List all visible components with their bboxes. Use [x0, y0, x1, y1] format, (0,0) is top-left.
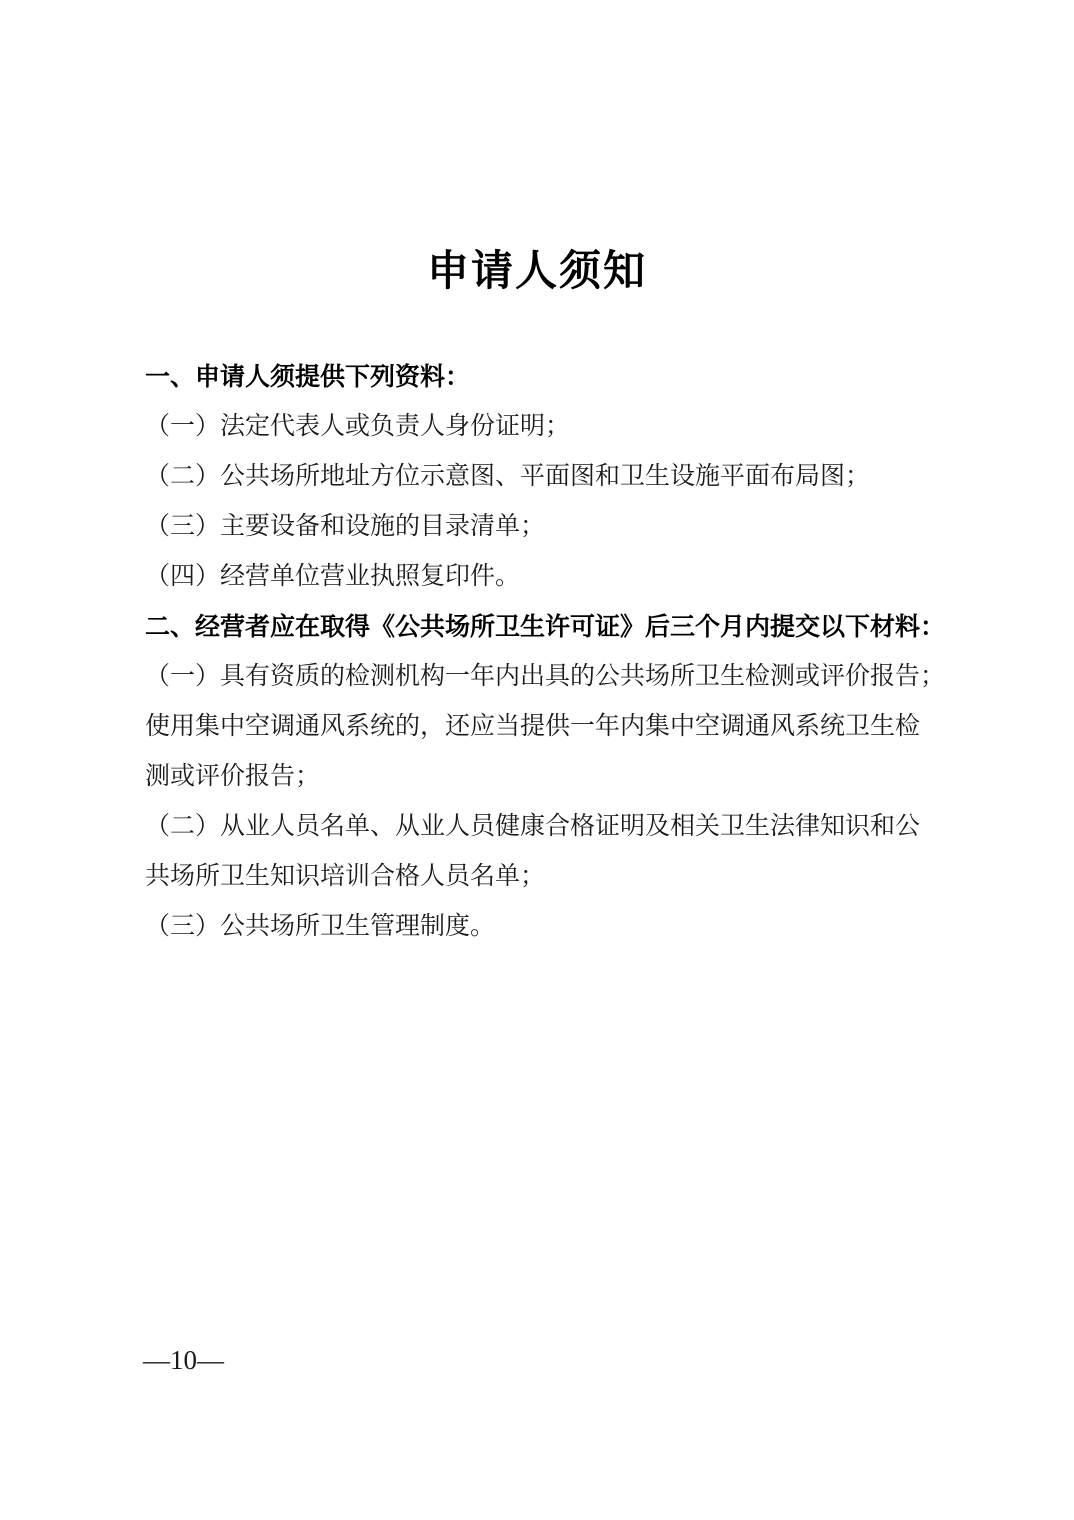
section-2-item-2: （二）从业人员名单、从业人员健康合格证明及相关卫生法律知识和公	[145, 802, 945, 852]
section-2-item-3: （三）公共场所卫生管理制度。	[145, 902, 945, 952]
section-2-item-2-cont: 共场所卫生知识培训合格人员名单；	[145, 852, 945, 902]
section-1-item-2: （二）公共场所地址方位示意图、平面图和卫生设施平面布局图；	[145, 452, 945, 502]
section-1-item-3: （三）主要设备和设施的目录清单；	[145, 502, 945, 552]
document-page: 申请人须知 一、申请人须提供下列资料： （一）法定代表人或负责人身份证明； （二…	[0, 0, 1074, 1520]
section-2-item-1-cont2: 测或评价报告；	[145, 752, 945, 802]
page-title: 申请人须知	[0, 238, 1074, 298]
section-1-item-1: （一）法定代表人或负责人身份证明；	[145, 402, 945, 452]
document-body: 一、申请人须提供下列资料： （一）法定代表人或负责人身份证明； （二）公共场所地…	[145, 352, 945, 952]
section-1-heading: 一、申请人须提供下列资料：	[145, 352, 945, 402]
section-1-item-4: （四）经营单位营业执照复印件。	[145, 552, 945, 602]
section-2-item-1: （一）具有资质的检测机构一年内出具的公共场所卫生检测或评价报告；	[145, 652, 945, 702]
page-number: —10—	[143, 1340, 224, 1380]
section-2-heading: 二、经营者应在取得《公共场所卫生许可证》后三个月内提交以下材料：	[145, 602, 945, 652]
section-2-item-1-cont: 使用集中空调通风系统的，还应当提供一年内集中空调通风系统卫生检	[145, 702, 945, 752]
